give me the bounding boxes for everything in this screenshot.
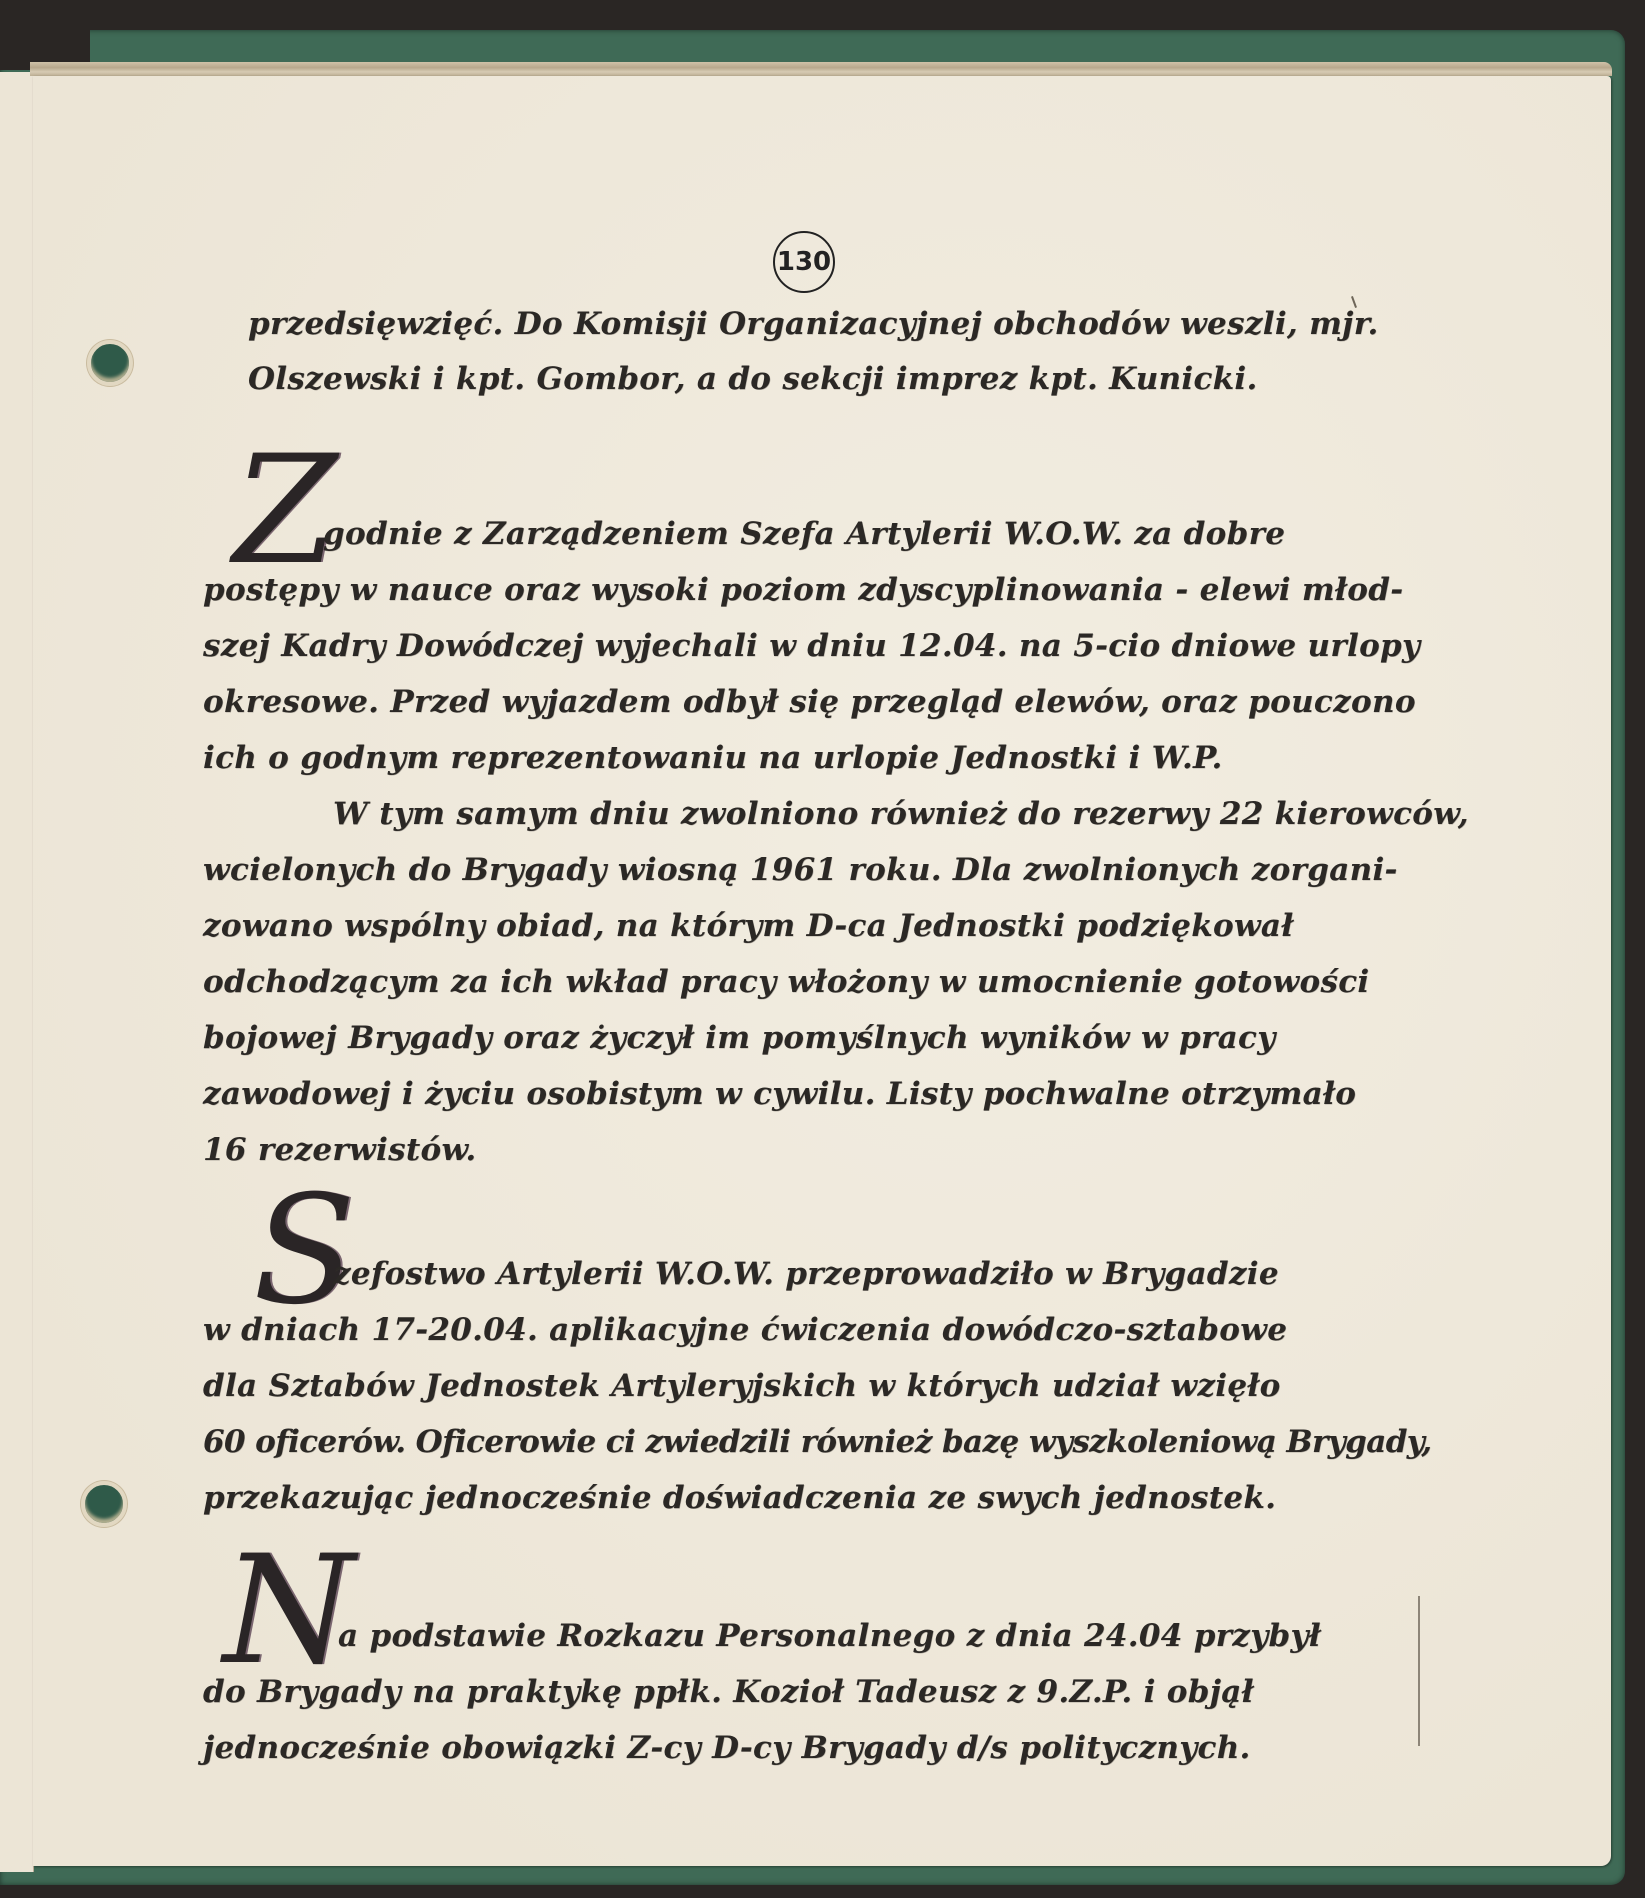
pencil-margin-mark [1418,1596,1420,1746]
text-line: jednocześnie obowiązki Z-cy D-cy Brygady… [203,1730,1251,1766]
page-number: 130 [773,231,835,293]
text-line: zefostwo Artylerii W.O.W. przeprowadziło… [333,1256,1279,1292]
text-line: przedsięwzięć. Do Komisji Organizacyjnej… [248,306,1379,342]
page-number-text: 130 [777,247,831,277]
text-line: ich o godnym reprezentowaniu na urlopie … [203,740,1223,776]
left-page-edge [0,72,34,1872]
page-stack-edge [30,62,1612,76]
drop-cap-n: N [223,1536,354,1686]
document-page: 130 przedsięwzięć. Do Komisji Organizacy… [33,76,1611,1866]
punch-hole-top [87,340,133,386]
text-line: Olszewski i kpt. Gombor, a do sekcji imp… [248,361,1258,397]
text-line: 60 oficerów. Oficerowie ci zwiedzili rów… [203,1424,1431,1460]
text-line: wcielonych do Brygady wiosną 1961 roku. … [203,852,1398,888]
text-line: do Brygady na praktykę ppłk. Kozioł Tade… [203,1674,1254,1710]
text-line: w dniach 17-20.04. aplikacyjne ćwiczenia… [203,1312,1287,1348]
drop-cap-s: S [253,1176,356,1326]
torn-binding-corner [0,0,90,70]
text-line: zowano wspólny obiad, na którym D-ca Jed… [203,908,1294,944]
punch-hole-bottom [81,1481,127,1527]
text-line: odchodzącym za ich wkład pracy włożony w… [203,964,1369,1000]
text-line: 16 rezerwistów. [203,1132,476,1168]
text-line: W tym samym dniu zwolniono również do re… [333,796,1469,832]
text-line: przekazując jednocześnie doświadczenia z… [203,1480,1276,1516]
text-line: a podstawie Rozkazu Personalnego z dnia … [338,1618,1321,1654]
text-line: okresowe. Przed wyjazdem odbył się przeg… [203,684,1416,720]
text-line: godnie z Zarządzeniem Szefa Artylerii W.… [323,516,1285,552]
text-line: zawodowej i życiu osobistym w cywilu. Li… [203,1076,1356,1112]
text-line: szej Kadry Dowódczej wyjechali w dniu 12… [203,628,1420,664]
text-line: dla Sztabów Jednostek Artyleryjskich w k… [203,1368,1281,1404]
drop-cap-z: Z [233,436,337,586]
text-line: bojowej Brygady oraz życzył im pomyślnyc… [203,1020,1276,1056]
text-line: postępy w nauce oraz wysoki poziom zdysc… [203,572,1403,608]
